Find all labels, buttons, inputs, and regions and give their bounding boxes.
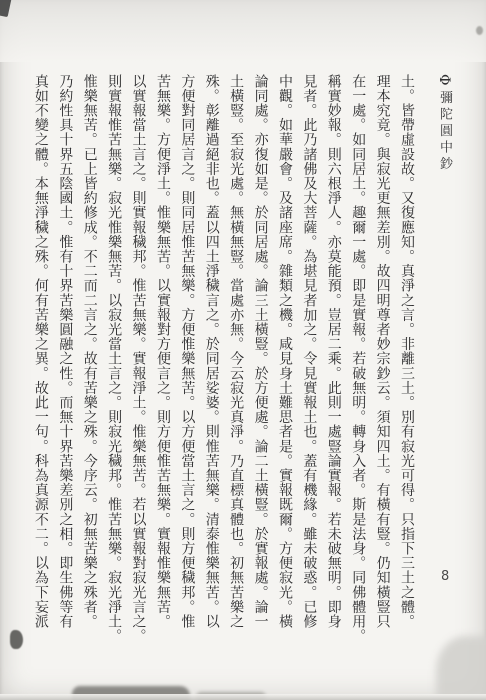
text-column-16: 真如不變之體。本無淨穢之殊。何有苦樂之異。故此一句。科為真源不二。以為下妄派 xyxy=(29,74,53,660)
text-column-8: 土橫豎。至寂光處。無橫無豎。當處亦無。今云寂光真淨。乃直標真體也。初無苦樂之 xyxy=(224,74,248,660)
text-column-10: 方便對同居言之。則同居惟苦無樂。方便惟樂無苦。以方便當土言之。則方便穢邦。惟 xyxy=(175,74,199,660)
text-column-3: 在一處。如同居土。趣爾一處。即是實報。若破無明。轉身入者。斯是法身。同佛體用。 xyxy=(346,74,370,660)
circle-bar-mark-icon: Φ xyxy=(436,74,452,90)
text-column-7: 論同處。亦復如是。於同居處。論三土橫豎。於方便處。論二土橫豎。於實報處。論一 xyxy=(248,74,272,660)
text-column-14: 惟樂無苦。已上皆約修成。不二而二言之。故有苦樂之殊。今序云。初無苦樂之殊者。 xyxy=(77,74,101,660)
page-number: 8 xyxy=(441,569,449,584)
scan-smudge-left xyxy=(10,630,23,649)
book-title: 彌陀圓中鈔 xyxy=(437,90,452,173)
text-column-5: 見者。此乃諸佛及大菩薩。為堪見者加之。令見實報土也。蓋有機緣。雖未破惑。已修 xyxy=(297,74,321,660)
scan-corner-mark xyxy=(0,0,12,17)
text-area: Φ彌陀圓中鈔 土。皆帶虛設故。又復應知。真淨之言。非離三土。別有寂光可得。只指下… xyxy=(29,74,461,660)
text-column-11: 苦無樂。方便淨土。惟樂無苦。以實報對方便言之。則方便惟苦無樂。實報惟樂無苦。 xyxy=(151,74,175,660)
scan-top-shading xyxy=(0,0,486,62)
text-column-12: 以實報當土言之。則實報穢邦。惟苦無樂。實報淨土。惟樂無苦。若以實報對寂光言之。 xyxy=(126,74,150,660)
text-column-4: 稱實妙報。則六根淨人。亦莫能預。豈居二乘。此則一處豎論實報。若未破無明。即身 xyxy=(321,74,345,660)
scanned-page: Φ彌陀圓中鈔 土。皆帶虛設故。又復應知。真淨之言。非離三土。別有寂光可得。只指下… xyxy=(0,0,486,700)
text-column-13: 則實報惟苦無樂。寂光惟樂無苦。以寂光當土言之。則寂光穢邦。惟苦無樂。寂光淨土。 xyxy=(102,74,126,660)
scan-dot-top-right xyxy=(476,26,483,35)
text-column-1: 土。皆帶虛設故。又復應知。真淨之言。非離三土。別有寂光可得。只指下三土之體。 xyxy=(395,74,419,660)
text-column-6: 中觀。如華嚴會。及諸座席。雜類之機。咸見身土難思者是。實報既爾。方便寂光。橫 xyxy=(273,74,297,660)
scan-bottom-edge xyxy=(0,694,486,700)
text-column-9: 殊。彰離過絕非也。蓋以四土淨穢言之。於同居娑婆。則惟苦無樂。清泰惟樂無苦。以 xyxy=(199,74,223,660)
scan-smudge-bottom xyxy=(72,686,190,700)
text-column-2: 理本究竟。與寂光更無差別。故四明尊者妙宗鈔云。須知四土。有橫有豎。仍知橫豎只 xyxy=(370,74,394,660)
text-column-15: 乃約性具十界五陰國土。惟有十界苦樂圓融之性。而無十界苦樂差別之相。即生佛等有 xyxy=(53,74,77,660)
scan-smudge-bottom-2 xyxy=(196,692,266,700)
